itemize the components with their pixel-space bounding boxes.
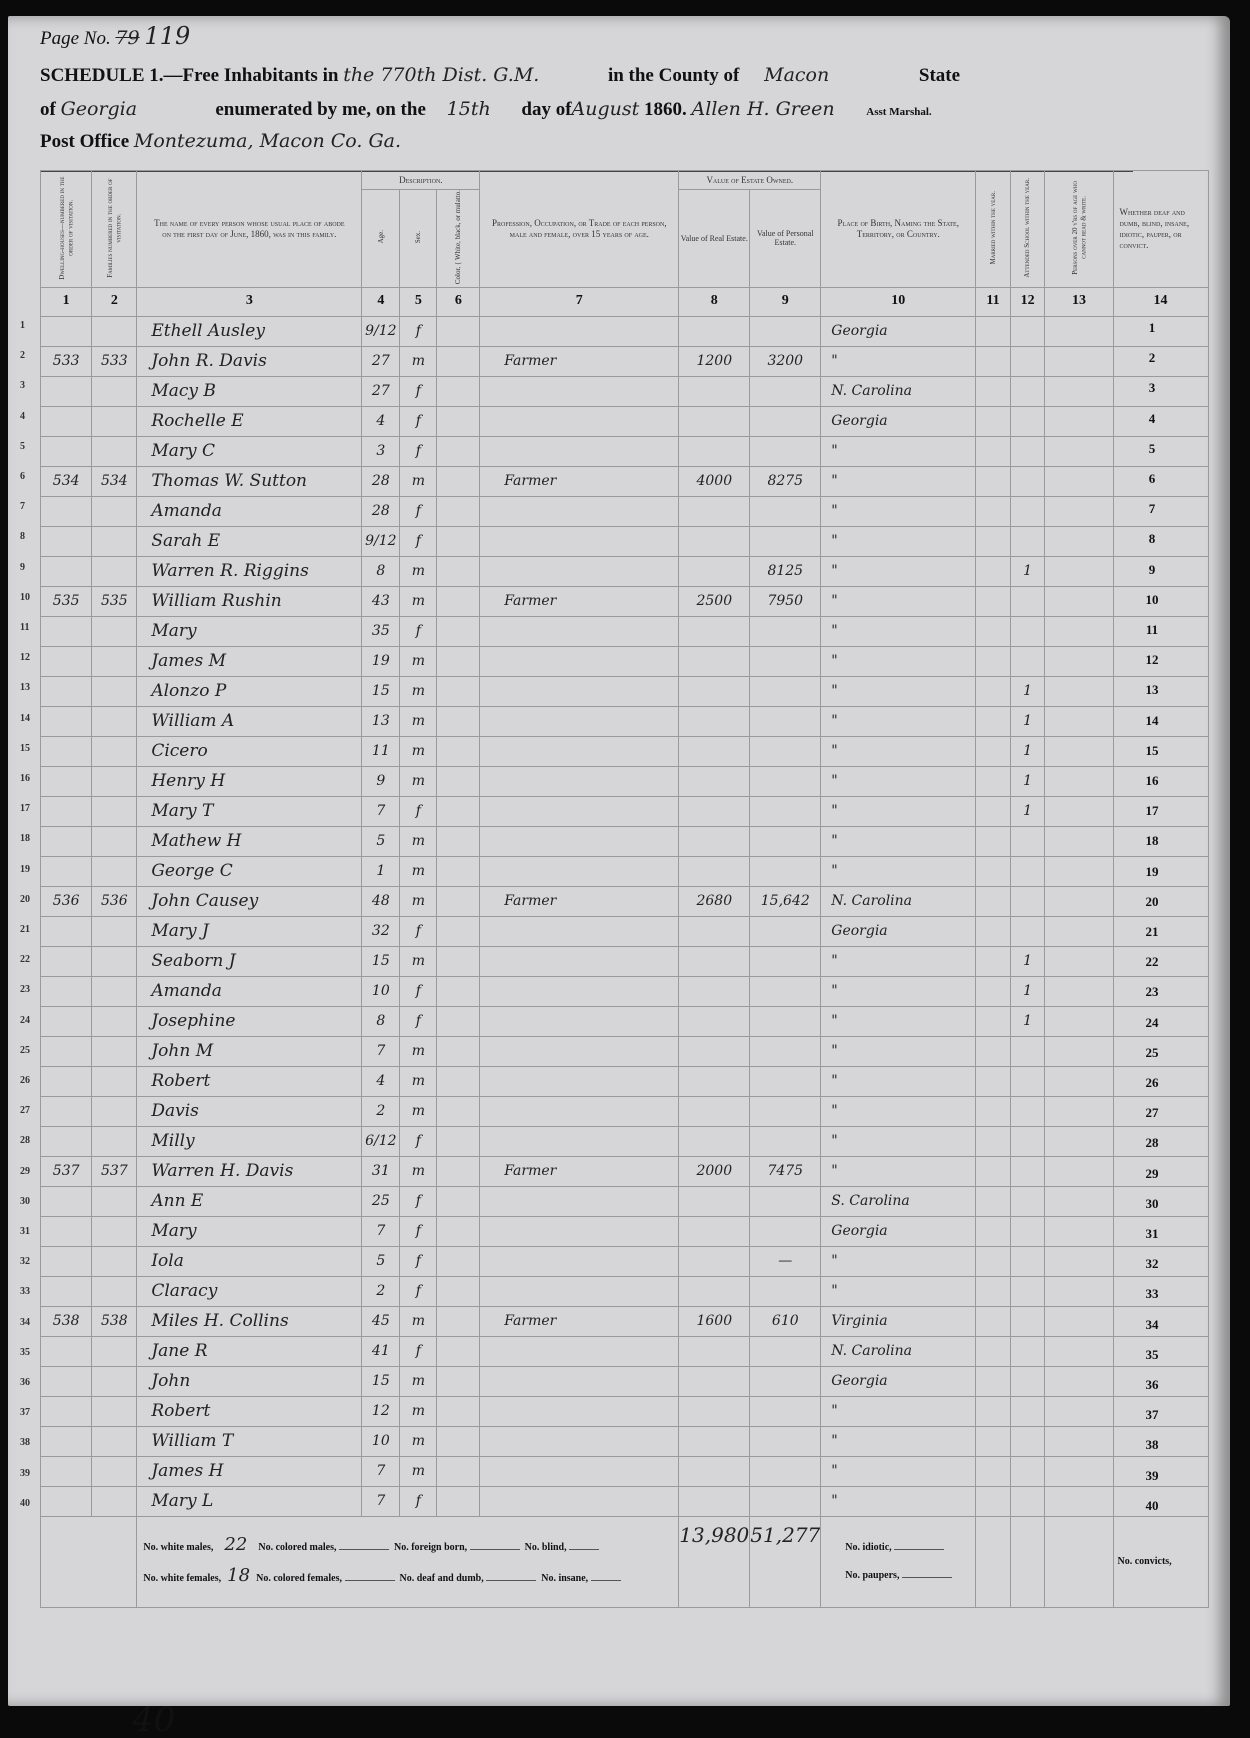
person-name: Amanda bbox=[137, 496, 362, 526]
occupation: Farmer bbox=[480, 346, 679, 376]
married-within-year bbox=[976, 1456, 1011, 1486]
person-name: John M bbox=[137, 1036, 362, 1066]
age: 19 bbox=[362, 646, 400, 676]
table-row: Iola5f—" bbox=[41, 1246, 1209, 1276]
table-row: Davis2m" bbox=[41, 1096, 1209, 1126]
cannot-read-write bbox=[1045, 1336, 1113, 1366]
family-number bbox=[92, 766, 137, 796]
table-row: 533533John R. Davis27mFarmer12003200" bbox=[41, 346, 1209, 376]
person-name: Ethell Ausley bbox=[137, 316, 362, 346]
col5-header: Sex. bbox=[414, 231, 422, 243]
cannot-read-write bbox=[1045, 1126, 1113, 1156]
married-within-year bbox=[976, 1216, 1011, 1246]
line-number: 18 bbox=[1140, 833, 1164, 849]
line-number: 3 bbox=[1140, 380, 1164, 396]
real-estate-value bbox=[679, 1366, 750, 1396]
attended-school bbox=[1010, 1036, 1045, 1066]
family-number bbox=[92, 1066, 137, 1096]
dwelling-number bbox=[41, 526, 92, 556]
colnum: 9 bbox=[750, 287, 821, 316]
sex: f bbox=[400, 796, 437, 826]
family-number bbox=[92, 1426, 137, 1456]
dwelling-number bbox=[41, 676, 92, 706]
table-row: 534534Thomas W. Sutton28mFarmer40008275" bbox=[41, 466, 1209, 496]
sex: f bbox=[400, 1486, 437, 1516]
line-number: 2 bbox=[1140, 350, 1164, 366]
convicts-label: No. convicts, bbox=[1118, 1556, 1172, 1567]
left-line-number: 8 bbox=[20, 531, 25, 542]
color bbox=[437, 1366, 480, 1396]
sex: f bbox=[400, 1276, 437, 1306]
person-name: Milly bbox=[137, 1126, 362, 1156]
age: 1 bbox=[362, 856, 400, 886]
blind-label: No. blind, bbox=[525, 1542, 567, 1553]
birthplace: Georgia bbox=[821, 1366, 976, 1396]
person-name: Mary bbox=[137, 616, 362, 646]
left-line-number: 9 bbox=[20, 562, 25, 573]
person-name: Rochelle E bbox=[137, 406, 362, 436]
birthplace: " bbox=[821, 1396, 976, 1426]
family-number bbox=[92, 526, 137, 556]
table-row: James H7m" bbox=[41, 1456, 1209, 1486]
married-within-year bbox=[976, 1126, 1011, 1156]
dwelling-number bbox=[41, 1336, 92, 1366]
dwelling-number bbox=[41, 1456, 92, 1486]
attended-school bbox=[1010, 496, 1045, 526]
sex: m bbox=[400, 1426, 437, 1456]
color bbox=[437, 556, 480, 586]
table-row: George C1m" bbox=[41, 856, 1209, 886]
table-row: Robert4m" bbox=[41, 1066, 1209, 1096]
married-within-year bbox=[976, 1396, 1011, 1426]
page-number-value: 119 bbox=[144, 22, 190, 50]
age: 8 bbox=[362, 1006, 400, 1036]
attended-school bbox=[1010, 1276, 1045, 1306]
family-number bbox=[92, 736, 137, 766]
personal-estate-value bbox=[750, 1096, 821, 1126]
left-line-number: 15 bbox=[20, 743, 30, 754]
attended-school bbox=[1010, 346, 1045, 376]
attended-school bbox=[1010, 1336, 1045, 1366]
married-within-year bbox=[976, 616, 1011, 646]
birthplace: " bbox=[821, 586, 976, 616]
cannot-read-write bbox=[1045, 1156, 1113, 1186]
family-number bbox=[92, 1096, 137, 1126]
color bbox=[437, 1486, 480, 1516]
attended-school: 1 bbox=[1010, 1006, 1045, 1036]
line-number: 35 bbox=[1140, 1347, 1164, 1363]
table-row: Amanda28f" bbox=[41, 496, 1209, 526]
county-value: Macon bbox=[764, 64, 914, 86]
real-estate-value bbox=[679, 976, 750, 1006]
table-row: Amanda10f"1 bbox=[41, 976, 1209, 1006]
birthplace: N. Carolina bbox=[821, 1336, 976, 1366]
occupation bbox=[480, 766, 679, 796]
paupers-label: No. paupers, bbox=[845, 1570, 899, 1581]
left-line-number: 3 bbox=[20, 380, 25, 391]
personal-estate-value bbox=[750, 436, 821, 466]
foreign-born-label: No. foreign born, bbox=[394, 1542, 467, 1553]
table-row: Cicero11m"1 bbox=[41, 736, 1209, 766]
deaf-dumb-label: No. deaf and dumb, bbox=[400, 1573, 484, 1584]
attended-school: 1 bbox=[1010, 976, 1045, 1006]
person-name: Thomas W. Sutton bbox=[137, 466, 362, 496]
married-within-year bbox=[976, 706, 1011, 736]
family-number: 538 bbox=[92, 1306, 137, 1336]
person-name: William A bbox=[137, 706, 362, 736]
occupation bbox=[480, 1036, 679, 1066]
married-within-year bbox=[976, 496, 1011, 526]
color bbox=[437, 1036, 480, 1066]
age: 13 bbox=[362, 706, 400, 736]
birthplace: " bbox=[821, 766, 976, 796]
person-name: Mary J bbox=[137, 916, 362, 946]
color bbox=[437, 316, 480, 346]
married-within-year bbox=[976, 856, 1011, 886]
left-line-number: 20 bbox=[20, 894, 30, 905]
dwelling-number bbox=[41, 766, 92, 796]
table-row: 538538Miles H. Collins45mFarmer1600610Vi… bbox=[41, 1306, 1209, 1336]
personal-estate-value bbox=[750, 616, 821, 646]
left-line-number: 37 bbox=[20, 1407, 30, 1418]
table-row: Ann E25fS. Carolina bbox=[41, 1186, 1209, 1216]
married-within-year bbox=[976, 1486, 1011, 1516]
occupation: Farmer bbox=[480, 1156, 679, 1186]
age: 7 bbox=[362, 796, 400, 826]
line-number: 25 bbox=[1140, 1045, 1164, 1061]
left-line-number: 23 bbox=[20, 984, 30, 995]
dwelling-number bbox=[41, 646, 92, 676]
colored-males-label: No. colored males, bbox=[258, 1542, 336, 1553]
left-line-number: 27 bbox=[20, 1105, 30, 1116]
color bbox=[437, 1216, 480, 1246]
real-estate-value bbox=[679, 376, 750, 406]
birthplace: " bbox=[821, 1066, 976, 1096]
personal-estate-value bbox=[750, 766, 821, 796]
dwelling-number: 538 bbox=[41, 1306, 92, 1336]
occupation bbox=[480, 976, 679, 1006]
left-line-number: 21 bbox=[20, 924, 30, 935]
personal-estate-value bbox=[750, 1486, 821, 1516]
family-number bbox=[92, 1336, 137, 1366]
age: 4 bbox=[362, 406, 400, 436]
person-name: Mary C bbox=[137, 436, 362, 466]
col13-header: Persons over 20 y'rs of age who cannot r… bbox=[1071, 171, 1088, 286]
real-estate-value bbox=[679, 1216, 750, 1246]
dwelling-number bbox=[41, 376, 92, 406]
col14-header: Whether deaf and dumb, blind, insane, id… bbox=[1113, 171, 1208, 288]
dwelling-number bbox=[41, 826, 92, 856]
col2-header: Families numbered in the order of visita… bbox=[106, 171, 123, 286]
occupation bbox=[480, 706, 679, 736]
personal-estate-value bbox=[750, 646, 821, 676]
description-group-header: Description. bbox=[362, 171, 480, 190]
married-within-year bbox=[976, 346, 1011, 376]
married-within-year bbox=[976, 556, 1011, 586]
occupation bbox=[480, 1276, 679, 1306]
census-table: Dwelling-houses—numbered in the order of… bbox=[40, 170, 1209, 1608]
personal-estate-value: — bbox=[750, 1246, 821, 1276]
real-estate-value bbox=[679, 496, 750, 526]
attended-school: 1 bbox=[1010, 796, 1045, 826]
table-row: Mary T7f"1 bbox=[41, 796, 1209, 826]
real-estate-value bbox=[679, 1066, 750, 1096]
personal-estate-value: 610 bbox=[750, 1306, 821, 1336]
page-number-struck: 79 bbox=[115, 27, 139, 49]
table-row: Macy B27fN. Carolina bbox=[41, 376, 1209, 406]
person-name: Davis bbox=[137, 1096, 362, 1126]
real-estate-value bbox=[679, 916, 750, 946]
summary-idiotic-paupers: No. idiotic, No. paupers, bbox=[821, 1516, 976, 1607]
dwelling-number bbox=[41, 406, 92, 436]
attended-school: 1 bbox=[1010, 706, 1045, 736]
birthplace: " bbox=[821, 646, 976, 676]
married-within-year bbox=[976, 946, 1011, 976]
left-line-number: 12 bbox=[20, 652, 30, 663]
colnum: 3 bbox=[137, 287, 362, 316]
color bbox=[437, 886, 480, 916]
attended-school: 1 bbox=[1010, 946, 1045, 976]
cannot-read-write bbox=[1045, 946, 1113, 976]
sex: m bbox=[400, 856, 437, 886]
birthplace: " bbox=[821, 706, 976, 736]
sex: m bbox=[400, 586, 437, 616]
line-number: 38 bbox=[1140, 1437, 1164, 1453]
color bbox=[437, 856, 480, 886]
dwelling-number bbox=[41, 706, 92, 736]
attended-school bbox=[1010, 916, 1045, 946]
color bbox=[437, 406, 480, 436]
color bbox=[437, 796, 480, 826]
occupation bbox=[480, 1426, 679, 1456]
person-name: James M bbox=[137, 646, 362, 676]
personal-estate-value bbox=[750, 1336, 821, 1366]
color bbox=[437, 676, 480, 706]
dwelling-number bbox=[41, 736, 92, 766]
table-row: Seaborn J15m"1 bbox=[41, 946, 1209, 976]
married-within-year bbox=[976, 976, 1011, 1006]
family-number bbox=[92, 376, 137, 406]
sex: m bbox=[400, 1306, 437, 1336]
married-within-year bbox=[976, 316, 1011, 346]
colnum: 14 bbox=[1113, 287, 1208, 316]
married-within-year bbox=[976, 1036, 1011, 1066]
personal-estate-value: 3200 bbox=[750, 346, 821, 376]
left-line-number: 29 bbox=[20, 1166, 30, 1177]
left-line-number: 2 bbox=[20, 350, 25, 361]
personal-estate-value bbox=[750, 1036, 821, 1066]
personal-estate-value bbox=[750, 856, 821, 886]
post-office-line: Post Office Montezuma, Macon Co. Ga. bbox=[40, 130, 401, 153]
line-number: 14 bbox=[1140, 713, 1164, 729]
line-number: 34 bbox=[1140, 1317, 1164, 1333]
personal-estate-value bbox=[750, 1366, 821, 1396]
dwelling-number bbox=[41, 436, 92, 466]
cannot-read-write bbox=[1045, 886, 1113, 916]
birthplace: Georgia bbox=[821, 406, 976, 436]
personal-estate-value bbox=[750, 946, 821, 976]
post-office-value: Montezuma, Macon Co. Ga. bbox=[134, 130, 401, 152]
cannot-read-write bbox=[1045, 1306, 1113, 1336]
colnum: 4 bbox=[362, 287, 400, 316]
line-number: 33 bbox=[1140, 1286, 1164, 1302]
left-line-number: 11 bbox=[20, 622, 29, 633]
person-name: Jane R bbox=[137, 1336, 362, 1366]
real-estate-value bbox=[679, 1426, 750, 1456]
table-row: Sarah E9/12f" bbox=[41, 526, 1209, 556]
family-number bbox=[92, 1036, 137, 1066]
occupation bbox=[480, 316, 679, 346]
dwelling-number bbox=[41, 1366, 92, 1396]
married-within-year bbox=[976, 886, 1011, 916]
left-line-number: 28 bbox=[20, 1135, 30, 1146]
birthplace: N. Carolina bbox=[821, 886, 976, 916]
personal-estate-value: 8275 bbox=[750, 466, 821, 496]
sex: m bbox=[400, 676, 437, 706]
sex: m bbox=[400, 1066, 437, 1096]
table-row: William A13m"1 bbox=[41, 706, 1209, 736]
line-number: 4 bbox=[1140, 411, 1164, 427]
cannot-read-write bbox=[1045, 856, 1113, 886]
attended-school bbox=[1010, 886, 1045, 916]
left-line-number: 22 bbox=[20, 954, 30, 965]
age: 31 bbox=[362, 1156, 400, 1186]
left-line-number: 4 bbox=[20, 411, 25, 422]
birthplace: " bbox=[821, 1006, 976, 1036]
personal-estate-value bbox=[750, 736, 821, 766]
family-number bbox=[92, 976, 137, 1006]
sex: f bbox=[400, 1126, 437, 1156]
married-within-year bbox=[976, 526, 1011, 556]
personal-estate-value: 8125 bbox=[750, 556, 821, 586]
col3-header: The name of every person whose usual pla… bbox=[137, 171, 362, 288]
line-number: 9 bbox=[1140, 562, 1164, 578]
married-within-year bbox=[976, 916, 1011, 946]
occupation bbox=[480, 436, 679, 466]
left-line-number: 14 bbox=[20, 713, 30, 724]
sex: m bbox=[400, 646, 437, 676]
column-numbers: 1 2 3 4 5 6 7 8 9 10 11 12 13 14 bbox=[41, 287, 1209, 316]
cannot-read-write bbox=[1045, 796, 1113, 826]
family-number bbox=[92, 1366, 137, 1396]
real-estate-value bbox=[679, 526, 750, 556]
color bbox=[437, 496, 480, 526]
sex: m bbox=[400, 706, 437, 736]
occupation: Farmer bbox=[480, 886, 679, 916]
col9-header: Value of Personal Estate. bbox=[750, 190, 821, 288]
col10-header: Place of Birth, Naming the State, Territ… bbox=[821, 171, 976, 288]
family-number bbox=[92, 916, 137, 946]
table-row: James M19m" bbox=[41, 646, 1209, 676]
dwelling-number: 533 bbox=[41, 346, 92, 376]
real-estate-value bbox=[679, 556, 750, 586]
line-number: 15 bbox=[1140, 743, 1164, 759]
line-number: 21 bbox=[1140, 924, 1164, 940]
married-within-year bbox=[976, 466, 1011, 496]
person-name: Henry H bbox=[137, 766, 362, 796]
person-name: Robert bbox=[137, 1396, 362, 1426]
age: 2 bbox=[362, 1096, 400, 1126]
birthplace: " bbox=[821, 616, 976, 646]
family-number bbox=[92, 1276, 137, 1306]
left-line-number: 19 bbox=[20, 864, 30, 875]
sex: m bbox=[400, 1396, 437, 1426]
person-name: Mathew H bbox=[137, 826, 362, 856]
left-line-number: 38 bbox=[20, 1437, 30, 1448]
birthplace: " bbox=[821, 496, 976, 526]
sex: f bbox=[400, 406, 437, 436]
personal-estate-value bbox=[750, 676, 821, 706]
dwelling-number: 536 bbox=[41, 886, 92, 916]
real-estate-value bbox=[679, 856, 750, 886]
occupation bbox=[480, 1186, 679, 1216]
sex: f bbox=[400, 916, 437, 946]
colnum: 7 bbox=[480, 287, 679, 316]
day-of-label: day of bbox=[521, 99, 571, 120]
line-number: 29 bbox=[1140, 1166, 1164, 1182]
age: 9/12 bbox=[362, 316, 400, 346]
color bbox=[437, 526, 480, 556]
table-row: Alonzo P15m"1 bbox=[41, 676, 1209, 706]
color bbox=[437, 1066, 480, 1096]
birthplace: " bbox=[821, 856, 976, 886]
age: 32 bbox=[362, 916, 400, 946]
white-males-value: 22 bbox=[216, 1531, 256, 1559]
age: 27 bbox=[362, 346, 400, 376]
sex: f bbox=[400, 976, 437, 1006]
real-estate-value bbox=[679, 646, 750, 676]
cannot-read-write bbox=[1045, 916, 1113, 946]
personal-estate-value bbox=[750, 316, 821, 346]
real-estate-value bbox=[679, 1486, 750, 1516]
person-name: Robert bbox=[137, 1066, 362, 1096]
line-number: 6 bbox=[1140, 471, 1164, 487]
sex: f bbox=[400, 316, 437, 346]
personal-estate-value bbox=[750, 1426, 821, 1456]
personal-estate-value bbox=[750, 1126, 821, 1156]
left-line-number: 24 bbox=[20, 1015, 30, 1026]
dwelling-number bbox=[41, 946, 92, 976]
attended-school bbox=[1010, 616, 1045, 646]
cannot-read-write bbox=[1045, 1276, 1113, 1306]
married-within-year bbox=[976, 436, 1011, 466]
table-row: Warren R. Riggins8m8125"1 bbox=[41, 556, 1209, 586]
left-line-number: 33 bbox=[20, 1286, 30, 1297]
color bbox=[437, 376, 480, 406]
attended-school bbox=[1010, 586, 1045, 616]
occupation bbox=[480, 916, 679, 946]
occupation bbox=[480, 1336, 679, 1366]
occupation bbox=[480, 826, 679, 856]
dwelling-number bbox=[41, 856, 92, 886]
colnum: 13 bbox=[1045, 287, 1113, 316]
table-row: Josephine8f"1 bbox=[41, 1006, 1209, 1036]
colnum: 10 bbox=[821, 287, 976, 316]
dwelling-number bbox=[41, 1066, 92, 1096]
attended-school bbox=[1010, 1486, 1045, 1516]
state-label: State bbox=[919, 65, 960, 86]
enumeration-line: of Georgia enumerated by me, on the 15th… bbox=[40, 98, 932, 121]
personal-estate-value: 7950 bbox=[750, 586, 821, 616]
color bbox=[437, 766, 480, 796]
real-estate-value: 1200 bbox=[679, 346, 750, 376]
family-number bbox=[92, 556, 137, 586]
table-row: Robert12m" bbox=[41, 1396, 1209, 1426]
person-name: William Rushin bbox=[137, 586, 362, 616]
personal-estate-value bbox=[750, 376, 821, 406]
colored-females-label: No. colored females, bbox=[256, 1573, 342, 1584]
occupation bbox=[480, 1066, 679, 1096]
